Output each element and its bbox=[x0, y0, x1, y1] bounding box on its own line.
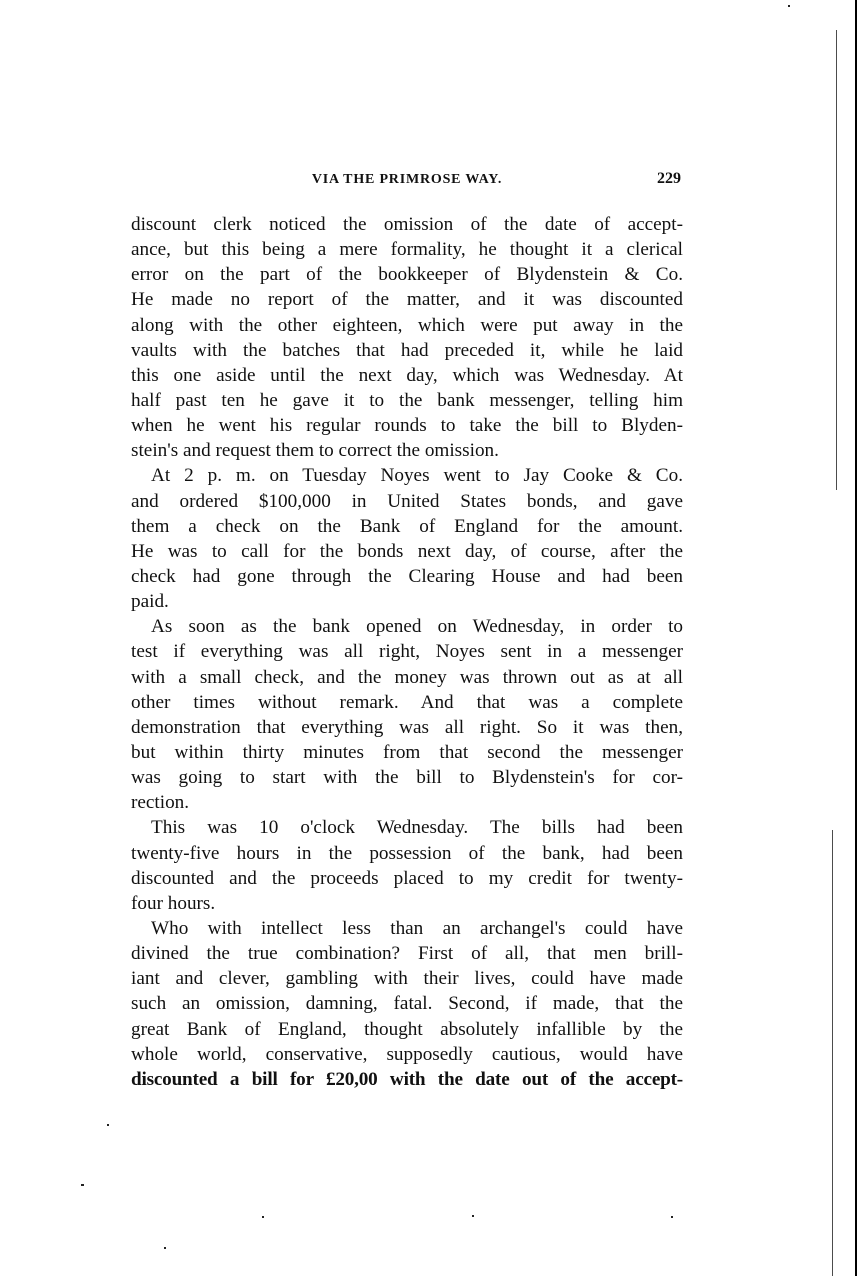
text-line: This was 10 o'clock Wednesday. The bills… bbox=[131, 815, 683, 840]
text-line: four hours. bbox=[131, 891, 683, 916]
text-line: He was to call for the bonds next day, o… bbox=[131, 539, 683, 564]
text-line: great Bank of England, thought absolutel… bbox=[131, 1017, 683, 1042]
text-line: paid. bbox=[131, 589, 683, 614]
paragraph: This was 10 o'clock Wednesday. The bills… bbox=[131, 815, 683, 916]
text-line: error on the part of the bookkeeper of B… bbox=[131, 262, 683, 287]
paragraph: discount clerk noticed the omission of t… bbox=[131, 212, 683, 463]
text-line: was going to start with the bill to Blyd… bbox=[131, 765, 683, 790]
text-line: discounted a bill for £20,00 with the da… bbox=[131, 1067, 683, 1092]
paragraph: At 2 p. m. on Tuesday Noyes went to Jay … bbox=[131, 463, 683, 614]
scan-speck bbox=[81, 1184, 84, 1186]
text-line: ance, but this being a mere formality, h… bbox=[131, 237, 683, 262]
text-line: test if everything was all right, Noyes … bbox=[131, 639, 683, 664]
scan-speck bbox=[671, 1216, 673, 1218]
scan-speck bbox=[262, 1216, 264, 1218]
scan-edge-outer bbox=[855, 0, 857, 1276]
text-line: along with the other eighteen, which wer… bbox=[131, 313, 683, 338]
paragraph: As soon as the bank opened on Wednesday,… bbox=[131, 614, 683, 815]
text-line: divined the true combination? First of a… bbox=[131, 941, 683, 966]
text-line: He made no report of the matter, and it … bbox=[131, 287, 683, 312]
text-line: and ordered $100,000 in United States bo… bbox=[131, 489, 683, 514]
text-line: other times without remark. And that was… bbox=[131, 690, 683, 715]
paragraph: Who with intellect less than an archange… bbox=[131, 916, 683, 1092]
running-header: VIA THE PRIMROSE WAY. 229 bbox=[131, 170, 683, 192]
text-line: As soon as the bank opened on Wednesday,… bbox=[131, 614, 683, 639]
text-line: discounted and the proceeds placed to my… bbox=[131, 866, 683, 891]
text-line: half past ten he gave it to the bank mes… bbox=[131, 388, 683, 413]
text-line: with a small check, and the money was th… bbox=[131, 665, 683, 690]
text-line: vaults with the batches that had precede… bbox=[131, 338, 683, 363]
scan-speck bbox=[472, 1215, 474, 1217]
text-line: when he went his regular rounds to take … bbox=[131, 413, 683, 438]
text-line: such an omission, damning, fatal. Second… bbox=[131, 991, 683, 1016]
text-line: iant and clever, gambling with their liv… bbox=[131, 966, 683, 991]
text-line: rection. bbox=[131, 790, 683, 815]
book-page: VIA THE PRIMROSE WAY. 229 discount clerk… bbox=[0, 0, 858, 1276]
page-number: 229 bbox=[657, 170, 681, 188]
text-line: whole world, conservative, supposedly ca… bbox=[131, 1042, 683, 1067]
running-title: VIA THE PRIMROSE WAY. bbox=[131, 172, 683, 188]
text-line: but within thirty minutes from that seco… bbox=[131, 740, 683, 765]
text-line: demonstration that everything was all ri… bbox=[131, 715, 683, 740]
text-line: twenty-five hours in the possession of t… bbox=[131, 841, 683, 866]
text-line: them a check on the Bank of England for … bbox=[131, 514, 683, 539]
text-line: check had gone through the Clearing Hous… bbox=[131, 564, 683, 589]
text-line: Who with intellect less than an archange… bbox=[131, 916, 683, 941]
scan-speck bbox=[788, 5, 790, 7]
text-line: this one aside until the next day, which… bbox=[131, 363, 683, 388]
text-line: stein's and request them to correct the … bbox=[131, 438, 683, 463]
text-line: discount clerk noticed the omission of t… bbox=[131, 212, 683, 237]
scan-speck bbox=[164, 1247, 166, 1249]
scan-edge-inner bbox=[836, 30, 837, 490]
scan-speck bbox=[107, 1124, 109, 1126]
scan-edge-inner-lower bbox=[832, 830, 833, 1276]
text-line: At 2 p. m. on Tuesday Noyes went to Jay … bbox=[131, 463, 683, 488]
body-text: discount clerk noticed the omission of t… bbox=[131, 212, 683, 1092]
